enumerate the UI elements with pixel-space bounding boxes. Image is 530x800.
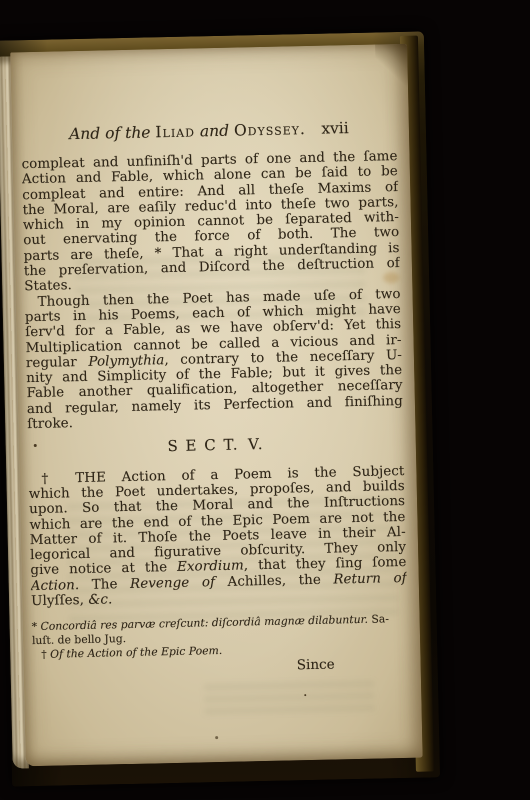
text-segment: luſt. de bello Jug. bbox=[32, 632, 126, 647]
text-segment: &c. bbox=[88, 592, 112, 608]
text-segment: Iliad bbox=[155, 122, 195, 141]
footnotes: * Concordiâ res parvæ creſcunt: diſcordi… bbox=[32, 612, 409, 661]
text-segment: † bbox=[41, 647, 50, 660]
text-segment: Return of bbox=[333, 571, 407, 588]
page-corner-shadow bbox=[375, 44, 410, 89]
text-segment: Of the Action of the Epic Poem. bbox=[50, 643, 222, 660]
ink-speck bbox=[215, 736, 218, 739]
page-body-text: compleat and unfiniſh'd parts of one and… bbox=[21, 149, 407, 609]
text-column: And of the Iliad and Odyssey. xvii compl… bbox=[21, 118, 409, 679]
photograph-scene: And of the Iliad and Odyssey. xvii compl… bbox=[0, 0, 530, 800]
paragraph: compleat and unfiniſh'd parts of one and… bbox=[21, 149, 400, 295]
text-segment: Action. bbox=[31, 578, 80, 594]
paragraph: Though then the Poet has made uſe of two… bbox=[24, 287, 403, 433]
book: And of the Iliad and Odyssey. xvii compl… bbox=[0, 31, 440, 786]
text-segment: States. bbox=[24, 279, 72, 295]
text-segment: Exordium bbox=[177, 559, 244, 575]
text-segment: Sa- bbox=[368, 613, 389, 626]
text-segment: And of the bbox=[69, 123, 156, 143]
show-through-smudge bbox=[204, 681, 375, 719]
text-segment: The bbox=[79, 577, 130, 593]
text-segment: * bbox=[32, 620, 41, 633]
text-segment: Achilles, the bbox=[227, 572, 333, 589]
running-header: And of the Iliad and Odyssey. xvii bbox=[21, 118, 397, 144]
ink-speck bbox=[304, 694, 306, 696]
text-segment: Polymythia bbox=[88, 353, 164, 370]
text-segment: Ulyſſes, bbox=[31, 593, 89, 609]
text-segment: Revenge of bbox=[130, 575, 228, 592]
book-page: And of the Iliad and Odyssey. xvii compl… bbox=[10, 44, 422, 766]
section-heading: S E C T. V. bbox=[28, 434, 404, 457]
text-segment: ſtroke. bbox=[27, 416, 73, 432]
text-segment: Odyssey. bbox=[234, 120, 306, 140]
text-segment: regular bbox=[26, 355, 89, 371]
text-segment: xvii bbox=[306, 119, 349, 138]
text-segment: and bbox=[195, 122, 234, 141]
paragraph: † THE Action of a Poem is the Subjectwhi… bbox=[28, 464, 407, 610]
